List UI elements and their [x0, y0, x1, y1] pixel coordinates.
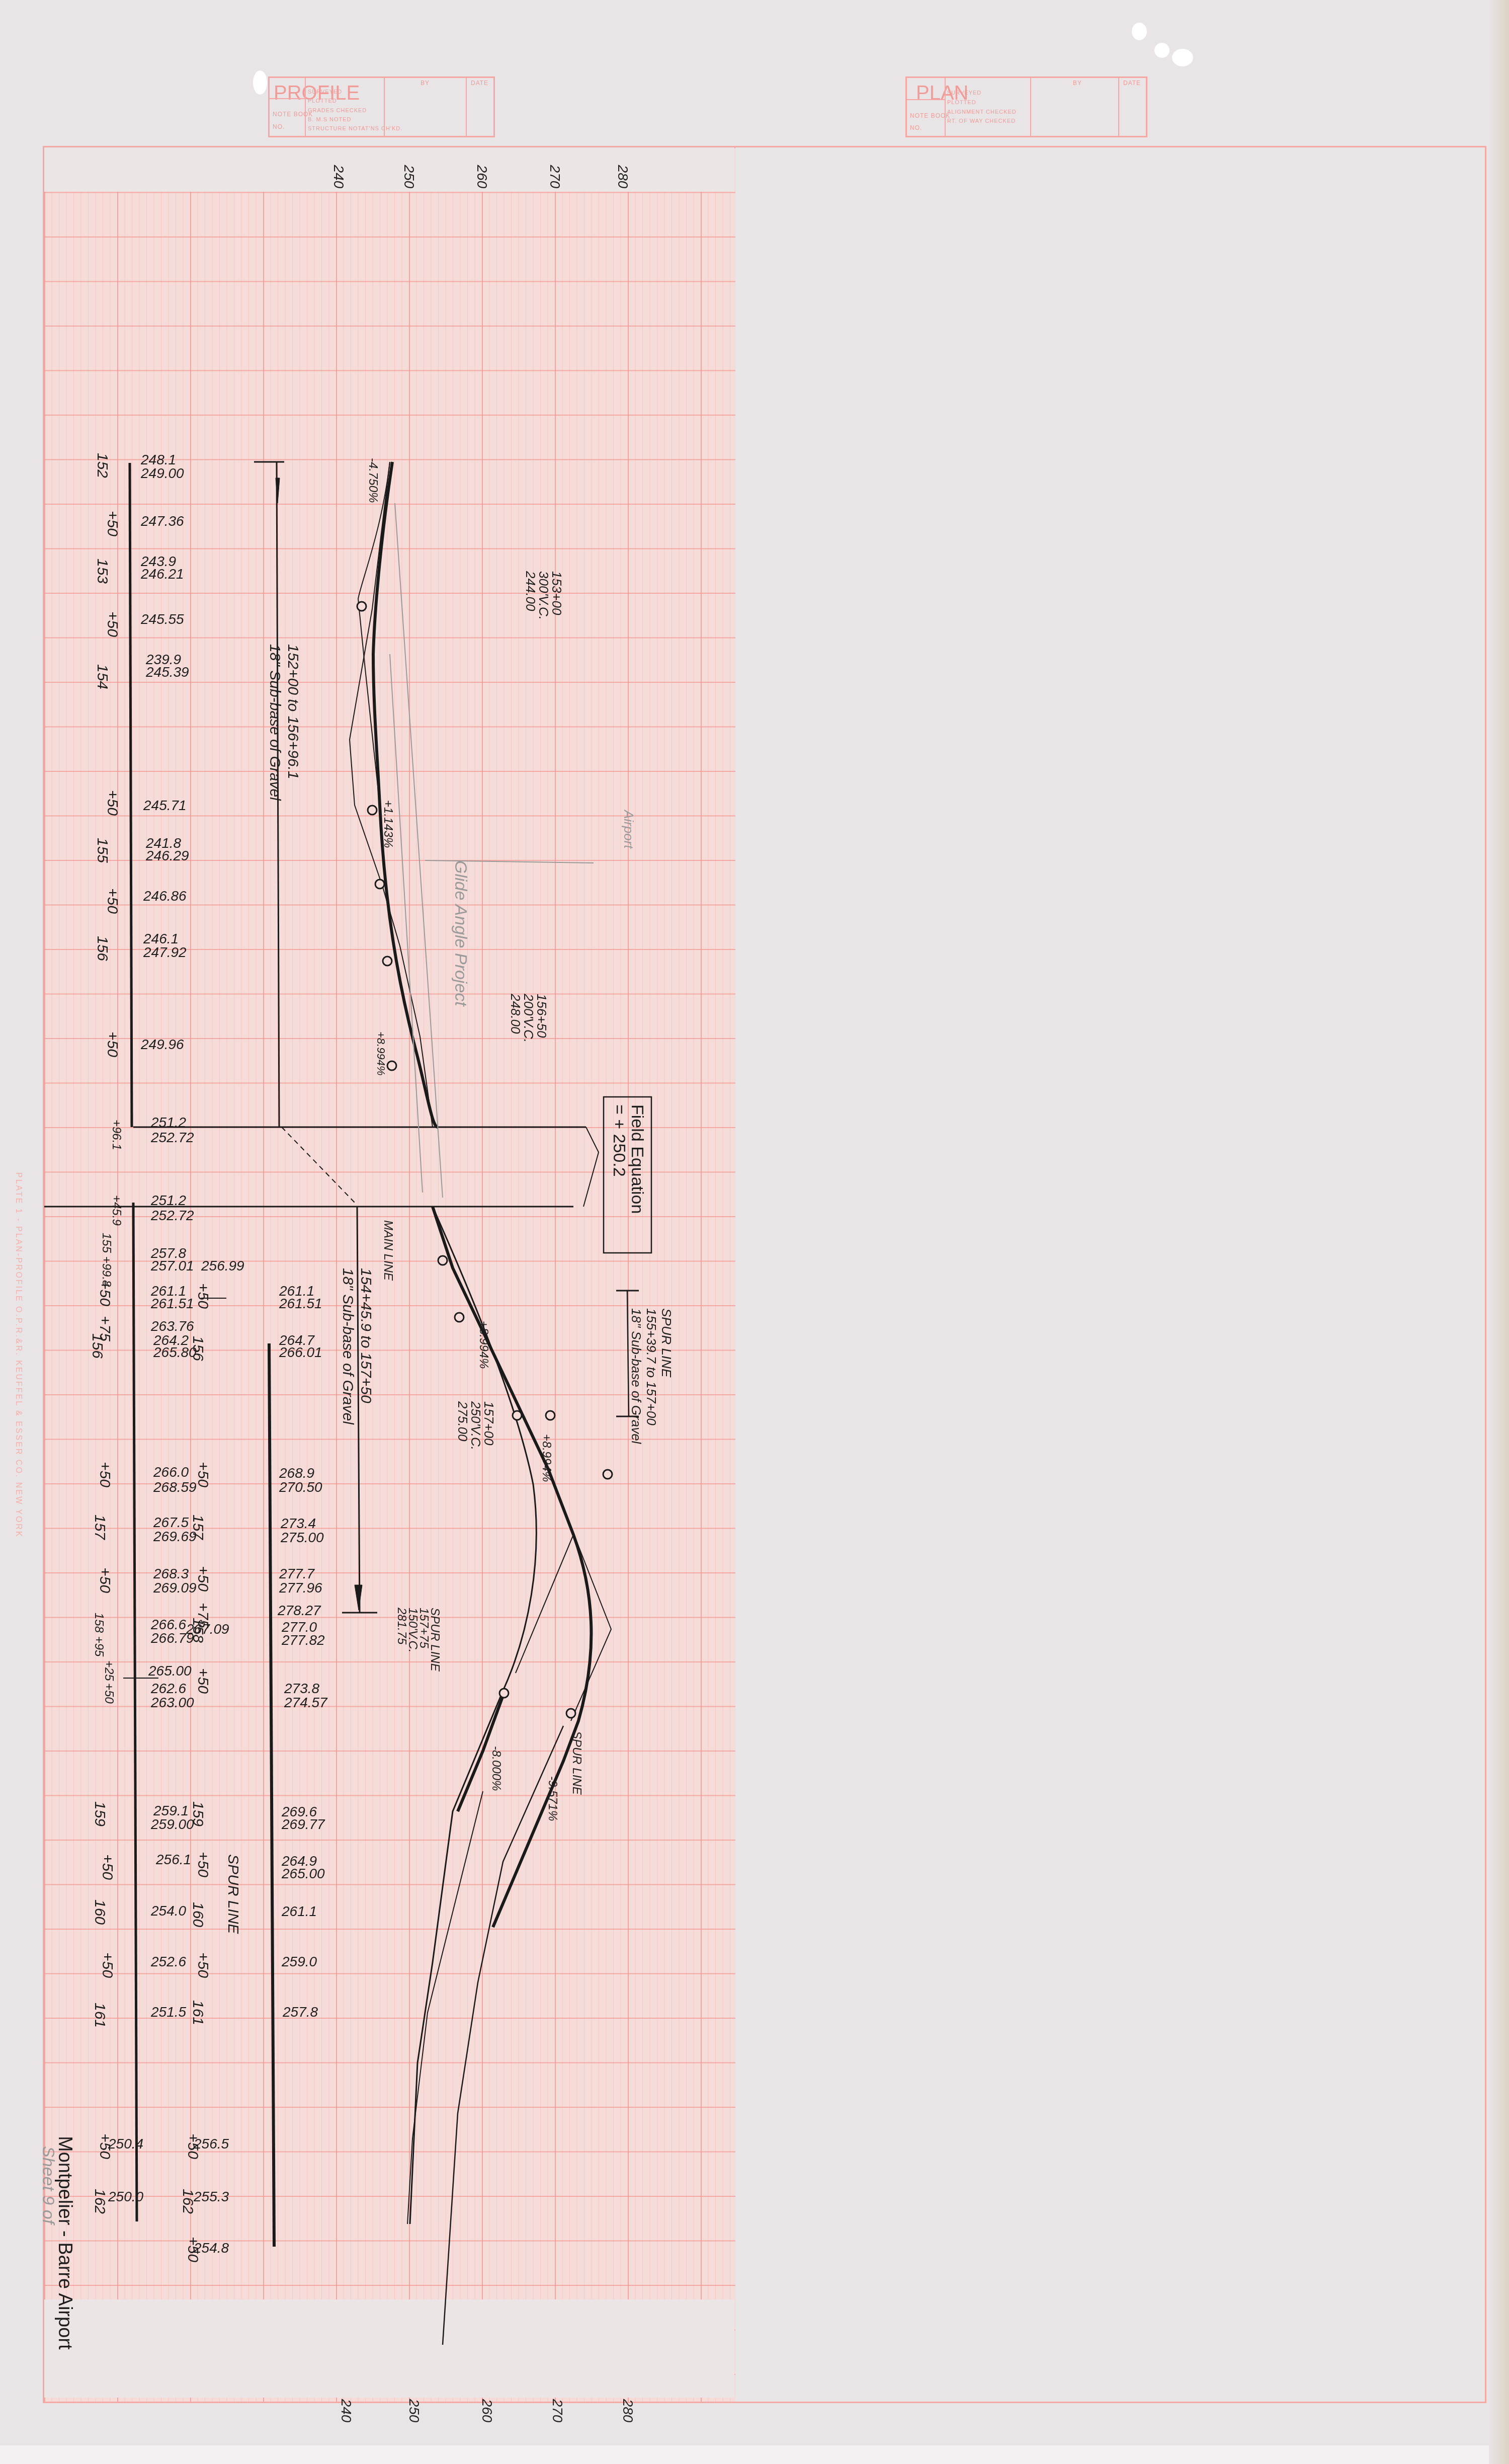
- station-label: +25: [102, 1660, 116, 1681]
- grade-elev: 261.51: [279, 1296, 322, 1312]
- gravel-range: 154+45.9 to 157+50: [357, 1268, 375, 1424]
- station-label: 154: [94, 664, 111, 689]
- station-label: 156: [189, 1336, 206, 1361]
- grade-elev: 277.82: [282, 1632, 325, 1648]
- grade-elev: 265.00: [148, 1663, 192, 1679]
- grade-label: +8.994%: [374, 1031, 387, 1075]
- gravel-annotation: 152+00 to 156+96.1 18" Sub-base of Grave…: [266, 644, 302, 801]
- grade-elev: 278.27: [278, 1603, 321, 1619]
- vc-station: 157+75: [418, 1608, 429, 1672]
- station-label: +50: [99, 1854, 116, 1880]
- grade-elev: 263.00: [151, 1695, 194, 1711]
- grade-elev: 249.96: [141, 1037, 184, 1053]
- ground-elev: 252.6: [151, 1954, 186, 1970]
- station-label: 153: [94, 559, 111, 584]
- gravel-range: 152+00 to 156+96.1: [284, 644, 302, 801]
- vc-annotation: SPUR LINE 157+75 150'V.C. 281.75: [396, 1608, 440, 1672]
- ground-elev: 255.3: [194, 2189, 229, 2205]
- vc-station: 153+00: [550, 571, 563, 620]
- ground-elev: 250.4: [108, 2136, 143, 2152]
- station-label: 160: [91, 1899, 108, 1925]
- vc-annotation: 156+50 200'V.C. 248.00: [509, 994, 548, 1043]
- grade-label: -4.750%: [366, 458, 380, 503]
- grade-label: +8.994%: [476, 1321, 490, 1369]
- ground-elev: 251.5: [151, 2004, 186, 2020]
- alt-grade-elev: 256.99: [201, 1258, 244, 1274]
- field-equation-value: = + 250.2: [610, 1104, 628, 1214]
- grade-elev: 275.00: [281, 1530, 324, 1546]
- grade-elev: 266.01: [279, 1344, 322, 1361]
- station-label: 161: [91, 2003, 108, 2028]
- station-label: +50: [194, 1283, 211, 1309]
- station-label: 157: [189, 1515, 206, 1540]
- grade-label: -9.571%: [545, 1776, 559, 1821]
- ground-elev: 261.1: [282, 1903, 317, 1920]
- gravel-title: SPUR LINE: [659, 1308, 674, 1444]
- vc-elev: 275.00: [456, 1401, 469, 1450]
- spur-line-column-label: SPUR LINE: [224, 1854, 241, 1934]
- pencil-airport: Airport: [621, 810, 636, 849]
- pencil-glide-angle: Glide Angle Project: [451, 860, 470, 1006]
- station-label: +50: [104, 1031, 121, 1057]
- station-label: +50: [104, 790, 121, 816]
- station-label: +50: [194, 1566, 211, 1592]
- station-label: 159: [91, 1801, 108, 1826]
- ground-elev: 251.2: [151, 1193, 186, 1209]
- station-label: 162: [91, 2189, 108, 2214]
- station-label: +50: [104, 611, 121, 637]
- ground-elev: 254.8: [194, 2240, 229, 2256]
- grade-elev: 265.00: [282, 1866, 325, 1882]
- vc-length: 150'V.C.: [407, 1608, 418, 1672]
- station-label: +50: [96, 1281, 113, 1306]
- profile-lines: [0, 0, 1509, 2464]
- vc-station: 157+00: [482, 1401, 495, 1450]
- ground-elev: 259.0: [282, 1954, 317, 1970]
- station-label: 156: [94, 936, 111, 961]
- vc-annotation: 153+00 300'V.C. 244.00: [524, 571, 563, 620]
- station-label: 159: [189, 1801, 206, 1826]
- vc-station: 156+50: [535, 994, 548, 1043]
- station-label: +50: [104, 888, 121, 914]
- grade-elev: 277.96: [279, 1580, 322, 1596]
- field-equation-title: Field Equation: [628, 1104, 646, 1214]
- vc-annotation: 157+00 250'V.C. 275.00: [456, 1401, 495, 1450]
- grade-elev: 247.92: [143, 944, 187, 961]
- gravel-annotation: 154+45.9 to 157+50 18" Sub-base of Grave…: [339, 1268, 375, 1424]
- station-label: +50: [194, 1462, 211, 1487]
- grade-elev: 249.00: [141, 465, 184, 482]
- gravel-range: 155+39.7 to 157+00: [644, 1308, 659, 1444]
- grade-elev: 259.00: [151, 1816, 194, 1833]
- ground-elev: 254.0: [151, 1903, 186, 1919]
- gravel-desc: 18" Sub-base of Gravel: [266, 644, 284, 801]
- gravel-annotation: SPUR LINE 155+39.7 to 157+00 18" Sub-bas…: [629, 1308, 674, 1444]
- grade-elev: 257.01: [151, 1258, 194, 1274]
- ground-elev: 257.8: [283, 2004, 318, 2020]
- grade-elev: 269.09: [153, 1580, 197, 1596]
- vc-length: 200'V.C.: [522, 994, 535, 1043]
- ground-elev: 256.5: [194, 2136, 229, 2152]
- station-label: +50: [194, 1668, 211, 1694]
- station-label: +50: [194, 1952, 211, 1978]
- station-label: 158 +95: [92, 1613, 106, 1656]
- station-label: 161: [189, 2000, 206, 2025]
- ground-elev: 256.1: [156, 1852, 191, 1868]
- grade-elev: 270.50: [279, 1479, 322, 1495]
- station-label: +50: [194, 1852, 211, 1877]
- grade-elev: 246.21: [141, 566, 184, 582]
- main-line-label: MAIN LINE: [381, 1220, 395, 1281]
- station-label: +45.9: [109, 1195, 123, 1226]
- gravel-desc: 18" Sub-base of Gravel: [339, 1268, 357, 1424]
- field-equation: Field Equation = + 250.2: [610, 1104, 646, 1214]
- ground-elev: 251.2: [151, 1115, 186, 1131]
- station-label: +50: [99, 1952, 116, 1978]
- vc-elev: 281.75: [396, 1608, 407, 1672]
- station-label: 155: [94, 838, 111, 863]
- grade-elev: 268.59: [153, 1479, 197, 1495]
- grade-elev: 245.55: [141, 611, 184, 627]
- station-label: 156: [89, 1333, 106, 1359]
- vc-length: 250'V.C.: [469, 1401, 482, 1450]
- station-label: 155 +99.8: [99, 1233, 113, 1287]
- station-label: 160: [189, 1902, 206, 1927]
- ground-elev: 266.0: [153, 1464, 189, 1480]
- grade-elev: 245.39: [146, 664, 189, 680]
- grade-elev: 246.29: [146, 848, 189, 864]
- station-label: +50: [102, 1683, 116, 1704]
- vc-title: SPUR LINE: [429, 1608, 440, 1672]
- grade-elev: 252.72: [151, 1130, 194, 1146]
- grade-elev: 274.57: [284, 1695, 327, 1711]
- grade-elev: 246.86: [143, 888, 187, 904]
- vc-elev: 244.00: [524, 571, 537, 620]
- grade-elev: 261.51: [151, 1296, 194, 1312]
- vc-length: 300'V.C.: [537, 571, 550, 620]
- gravel-desc: 18" Sub-base of Gravel: [629, 1308, 644, 1444]
- ground-elev: 250.0: [108, 2189, 143, 2205]
- station-label: 152: [94, 453, 111, 478]
- grade-elev: 252.72: [151, 1208, 194, 1224]
- spur-line-label: SPUR LINE: [569, 1731, 583, 1795]
- station-label: 157: [91, 1515, 108, 1540]
- station-label: +50: [96, 1567, 113, 1593]
- grade-label: +8.994%: [539, 1434, 553, 1482]
- grade-label: +1.143%: [381, 800, 395, 848]
- station-label: +50: [96, 1462, 113, 1487]
- station-label: +50: [104, 511, 121, 536]
- station-label: +96.1: [109, 1120, 123, 1150]
- grade-label: -8.000%: [489, 1746, 503, 1791]
- sheet-note: Sheet 9 of: [38, 2146, 58, 2224]
- vc-elev: 248.00: [509, 994, 522, 1043]
- station-label: 158: [189, 1618, 206, 1643]
- grade-elev: 245.71: [143, 798, 187, 814]
- grade-elev: 269.77: [282, 1816, 325, 1833]
- grade-elev: 247.36: [141, 513, 184, 529]
